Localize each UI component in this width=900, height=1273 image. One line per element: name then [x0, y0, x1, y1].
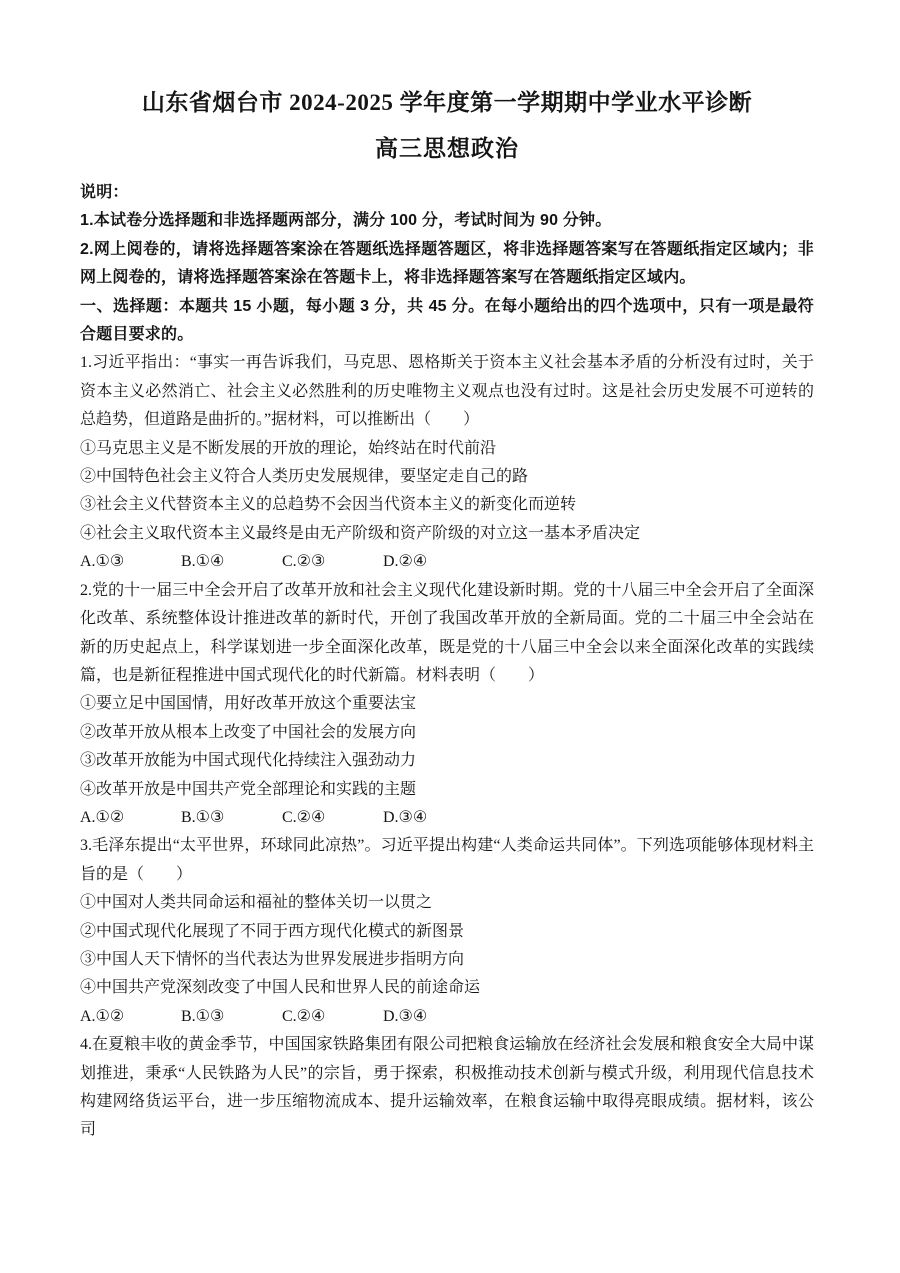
question-3-statement-2: ②中国式现代化展现了不同于西方现代化模式的新图景	[80, 918, 814, 946]
question-3-statement-1: ①中国对人类共同命运和福祉的整体关切一以贯之	[80, 889, 814, 917]
exam-subject-title: 高三思想政治	[80, 134, 814, 164]
notes-heading: 说明：	[80, 179, 814, 207]
note-item-1: 1.本试卷分选择题和非选择题两部分，满分 100 分，考试时间为 90 分钟。	[80, 207, 814, 235]
question-3-stem: 3.毛泽东提出“太平世界，环球同此凉热”。习近平提出构建“人类命运共同体”。下列…	[80, 832, 814, 889]
question-1-choice-d: D.②④	[383, 548, 427, 576]
question-2-statement-2: ②改革开放从根本上改变了中国社会的发展方向	[80, 719, 814, 747]
question-1-choice-a: A.①③	[80, 548, 177, 576]
question-3-statement-4: ④中国共产党深刻改变了中国人民和世界人民的前途命运	[80, 974, 814, 1002]
question-1-statement-1: ①马克思主义是不断发展的开放的理论，始终站在时代前沿	[80, 435, 814, 463]
question-3-choice-d: D.③④	[383, 1003, 427, 1031]
question-2-choice-a: A.①②	[80, 804, 177, 832]
question-2-choice-c: C.②④	[282, 804, 379, 832]
question-3-choice-c: C.②④	[282, 1003, 379, 1031]
notes-section: 说明： 1.本试卷分选择题和非选择题两部分，满分 100 分，考试时间为 90 …	[80, 179, 814, 293]
question-1-choice-b: B.①④	[181, 548, 278, 576]
question-1-statement-2: ②中国特色社会主义符合人类历史发展规律，要坚定走自己的路	[80, 463, 814, 491]
question-2: 2.党的十一届三中全会开启了改革开放和社会主义现代化建设新时期。党的十八届三中全…	[80, 577, 814, 833]
question-2-choice-d: D.③④	[383, 804, 427, 832]
question-1-choice-c: C.②③	[282, 548, 379, 576]
question-3-choice-a: A.①②	[80, 1003, 177, 1031]
question-1: 1.习近平指出：“事实一再告诉我们，马克思、恩格斯关于资本主义社会基本矛盾的分析…	[80, 349, 814, 576]
question-1-statement-3: ③社会主义代替资本主义的总趋势不会因当代资本主义的新变化而逆转	[80, 491, 814, 519]
question-2-choices: A.①② B.①③ C.②④ D.③④	[80, 804, 814, 832]
question-1-choices: A.①③ B.①④ C.②③ D.②④	[80, 548, 814, 576]
question-3: 3.毛泽东提出“太平世界，环球同此凉热”。习近平提出构建“人类命运共同体”。下列…	[80, 832, 814, 1031]
exam-paper-page: 山东省烟台市 2024-2025 学年度第一学期期中学业水平诊断 高三思想政治 …	[0, 0, 900, 1273]
question-3-choice-b: B.①③	[181, 1003, 278, 1031]
question-2-statement-3: ③改革开放能为中国式现代化持续注入强劲动力	[80, 747, 814, 775]
question-2-statement-1: ①要立足中国国情，用好改革开放这个重要法宝	[80, 690, 814, 718]
question-2-choice-b: B.①③	[181, 804, 278, 832]
question-2-statement-4: ④改革开放是中国共产党全部理论和实践的主题	[80, 776, 814, 804]
question-1-stem: 1.习近平指出：“事实一再告诉我们，马克思、恩格斯关于资本主义社会基本矛盾的分析…	[80, 349, 814, 434]
question-4: 4.在夏粮丰收的黄金季节，中国国家铁路集团有限公司把粮食运输放在经济社会发展和粮…	[80, 1031, 814, 1145]
section-1-intro: 一、选择题：本题共 15 小题，每小题 3 分，共 45 分。在每小题给出的四个…	[80, 293, 814, 350]
exam-title: 山东省烟台市 2024-2025 学年度第一学期期中学业水平诊断	[80, 88, 814, 118]
question-2-stem: 2.党的十一届三中全会开启了改革开放和社会主义现代化建设新时期。党的十八届三中全…	[80, 577, 814, 691]
question-3-statement-3: ③中国人天下情怀的当代表达为世界发展进步指明方向	[80, 946, 814, 974]
question-3-choices: A.①② B.①③ C.②④ D.③④	[80, 1003, 814, 1031]
question-1-statement-4: ④社会主义取代资本主义最终是由无产阶级和资产阶级的对立这一基本矛盾决定	[80, 520, 814, 548]
note-item-2: 2.网上阅卷的，请将选择题答案涂在答题纸选择题答题区，将非选择题答案写在答题纸指…	[80, 236, 814, 293]
question-4-stem: 4.在夏粮丰收的黄金季节，中国国家铁路集团有限公司把粮食运输放在经济社会发展和粮…	[80, 1031, 814, 1145]
